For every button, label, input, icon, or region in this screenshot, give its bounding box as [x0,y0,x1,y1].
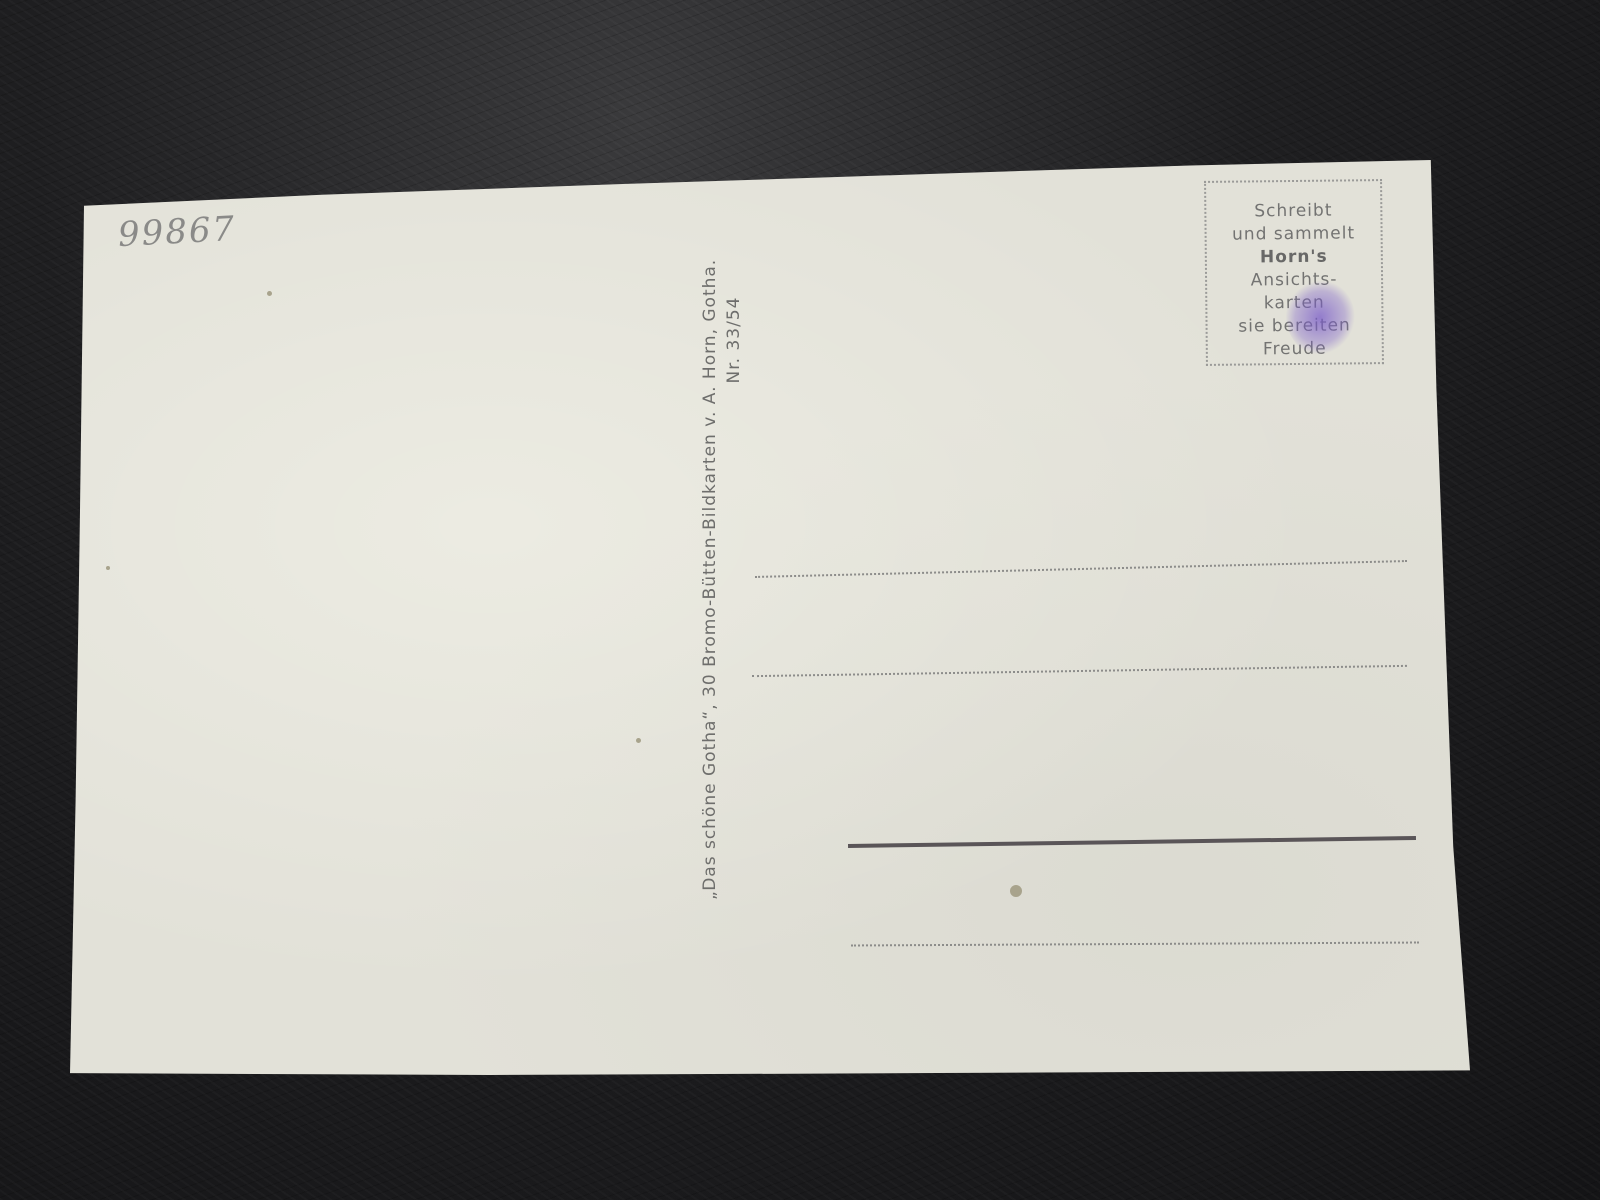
paper-speck [1010,885,1022,897]
paper-speck [106,566,110,570]
handwritten-number: 99867 [117,209,237,255]
stamp-text-line: Schreibt [1206,199,1380,224]
paper-speck [636,738,641,743]
stamp-text-line: und sammelt [1206,222,1380,247]
imprint-title: „Das schöne Gotha“, 30 Bromo-Bütten-Bild… [700,259,720,900]
stamp-brand: Horn's [1207,245,1381,270]
paper-speck [267,291,272,296]
imprint-number: Nr. 33/54 [722,160,746,520]
postcard-back: 99867 Schreibt und sammelt Horn's Ansich… [70,160,1470,1075]
publisher-imprint: „Das schöne Gotha“, 30 Bromo-Bütten-Bild… [698,140,746,900]
